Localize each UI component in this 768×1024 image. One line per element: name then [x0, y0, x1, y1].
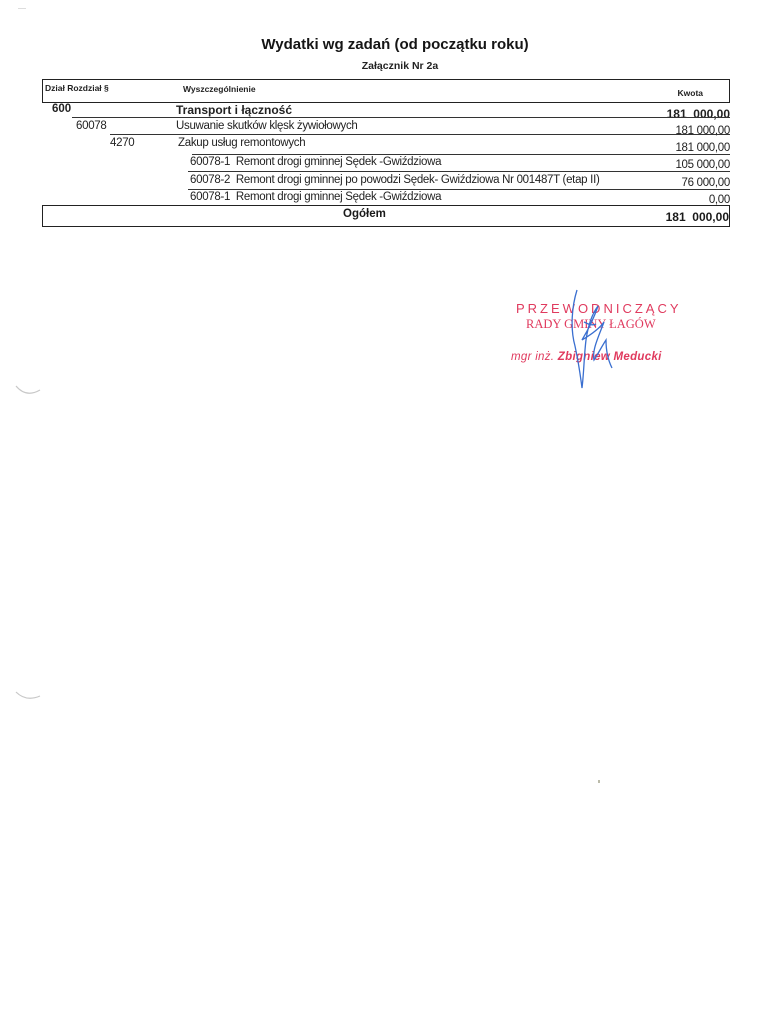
row-underline [110, 134, 730, 135]
document-title: Wydatki wg zadań (od początku roku) [0, 36, 768, 53]
table-total: Ogółem 181 000,00 [42, 205, 730, 227]
header-description: Wyszczególnienie [183, 84, 256, 94]
signature-icon [480, 288, 700, 398]
total-amount: 181 000,00 [666, 210, 729, 224]
table-row-paragraf: 4270 Zakup usług remontowych 181 000,00 [42, 137, 730, 153]
row-amount: 76 000,00 [682, 177, 730, 189]
row-underline [192, 154, 730, 155]
row-description: 60078-1 Remont drogi gminnej Sędek -Gwiź… [190, 156, 441, 168]
header-dzial-rozdzial: Dział Rozdział § [45, 83, 109, 93]
row-description: Zakup usług remontowych [178, 137, 305, 149]
row-amount: 181 000,00 [675, 125, 730, 137]
document-subtitle: Załącznik Nr 2a [0, 60, 768, 72]
scan-artifact [598, 780, 600, 783]
row-description: 60078-1 Remont drogi gminnej Sędek -Gwiź… [190, 191, 441, 203]
scan-artifact [14, 382, 44, 402]
row-description: 60078-2 Remont drogi gminnej po powodzi … [190, 174, 600, 186]
row-amount: 181 000,00 [675, 142, 730, 154]
row-underline [72, 117, 730, 118]
row-code: 600 [52, 103, 71, 115]
header-amount: Kwota [678, 88, 704, 98]
table-row-task: 60078-2 Remont drogi gminnej po powodzi … [42, 174, 730, 190]
row-amount: 181 000,00 [667, 107, 730, 121]
row-code: 60078 [76, 120, 106, 132]
total-label: Ogółem [343, 208, 386, 220]
scan-artifact [14, 686, 44, 706]
row-description: Usuwanie skutków klęsk żywiołowych [176, 120, 358, 132]
row-description: Transport i łączność [176, 103, 292, 117]
row-code: 4270 [110, 137, 134, 149]
scan-artifact [18, 8, 26, 9]
row-underline [188, 189, 730, 190]
row-amount: 105 000,00 [675, 159, 730, 171]
table-row-task: 60078-1 Remont drogi gminnej Sędek -Gwiź… [42, 156, 730, 172]
table-header: Dział Rozdział § Wyszczególnienie Kwota [42, 79, 730, 103]
row-underline [188, 171, 730, 172]
